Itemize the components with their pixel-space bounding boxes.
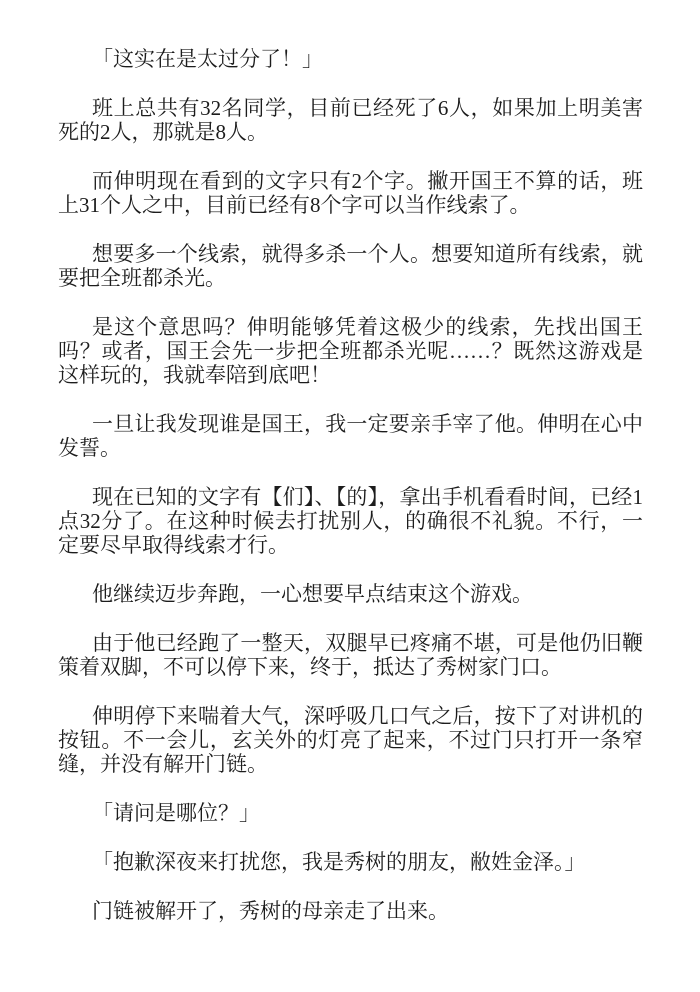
paragraph: 班上总共有32名同学，目前已经死了6人，如果加上明美害死的2人，那就是8人。 <box>58 96 643 144</box>
paragraph: 而伸明现在看到的文字只有2个字。撇开国王不算的话，班上31个人之中，目前已经有8… <box>58 169 643 217</box>
paragraph: 现在已知的文字有【们】、【的】，拿出手机看看时间，已经1点32分了。在这种时候去… <box>58 485 643 557</box>
paragraph: 门链被解开了，秀树的母亲走了出来。 <box>58 899 643 923</box>
paragraph-dialogue: 「请问是哪位？」 <box>58 801 643 825</box>
paragraph-dialogue: 「抱歉深夜来打扰您，我是秀树的朋友，敝姓金泽。」 <box>58 850 643 874</box>
paragraph: 是这个意思吗？伸明能够凭着这极少的线索，先找出国王吗？或者，国王会先一步把全班都… <box>58 315 643 387</box>
paragraph: 他继续迈步奔跑，一心想要早点结束这个游戏。 <box>58 582 643 606</box>
paragraph: 一旦让我发现谁是国王，我一定要亲手宰了他。伸明在心中发誓。 <box>58 412 643 460</box>
paragraph: 伸明停下来喘着大气，深呼吸几口气之后，按下了对讲机的按钮。不一会儿，玄关外的灯亮… <box>58 704 643 776</box>
paragraph: 由于他已经跑了一整天，双腿早已疼痛不堪，可是他仍旧鞭策着双脚，不可以停下来，终于… <box>58 631 643 679</box>
paragraph: 想要多一个线索，就得多杀一个人。想要知道所有线索，就要把全班都杀光。 <box>58 242 643 290</box>
paragraph-dialogue: 「这实在是太过分了！」 <box>58 47 643 71</box>
ebook-page: 「这实在是太过分了！」 班上总共有32名同学，目前已经死了6人，如果加上明美害死… <box>0 0 700 992</box>
